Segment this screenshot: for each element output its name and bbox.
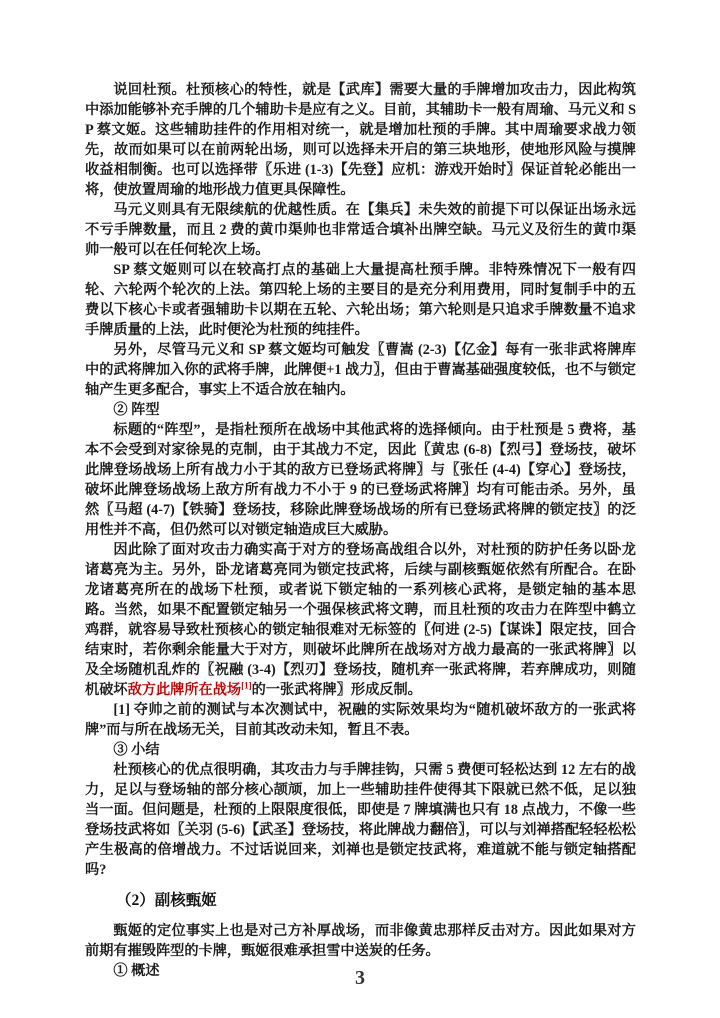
subheading-formation: ② 阵型 — [85, 400, 636, 420]
paragraph-defense: 因此除了面对攻击力确实高于对方的登场高战组合以外，对杜预的防护任务以卧龙诸葛亮为… — [85, 540, 636, 700]
paragraph-footnote: [1] 夺帅之前的测试与本次测试中，祝融的实际效果均为“随机破坏敌方的一张武将牌… — [85, 700, 636, 740]
paragraph-caosong: 另外，尽管马元义和 SP 蔡文姬均可触发〖曹嵩 (2-3)【亿金】每有一张非武将… — [85, 340, 636, 400]
defense-text-after: 的一张武将牌〗形成反制。 — [252, 682, 422, 698]
document-page: 说回杜预。杜预核心的特性，就是【武库】需要大量的手牌增加攻击力，因此构筑中添加能… — [0, 0, 720, 1018]
paragraph-duyu-intro: 说回杜预。杜预核心的特性，就是【武库】需要大量的手牌增加攻击力，因此构筑中添加能… — [85, 80, 636, 200]
section-heading-zhenji: （2）副核甄姬 — [85, 890, 636, 912]
paragraph-sp-caiwenji: SP 蔡文姬则可以在较高打点的基础上大量提高杜预手牌。非特殊情况下一般有四轮、六… — [85, 260, 636, 340]
page-number: 3 — [0, 967, 720, 990]
defense-red-text: 敌方此牌所在战场 — [128, 682, 242, 698]
paragraph-summary: 杜预核心的优点很明确，其攻击力与手牌挂钩，只需 5 费便可轻松达到 12 左右的… — [85, 760, 636, 880]
paragraph-zhenji: 甄姬的定位事实上也是对己方补厚战场，而非像黄忠那样反击对方。因此如果对方前期有摧… — [85, 921, 636, 961]
subheading-summary: ③ 小结 — [85, 740, 636, 760]
paragraph-formation: 标题的“阵型”，是指杜预所在战场中其他武将的选择倾向。由于杜预是 5 费将，基本… — [85, 420, 636, 540]
paragraph-ma-yuanyi: 马元义则具有无限续航的优越性质。在【集兵】未失效的前提下可以保证出场永远不亏手牌… — [85, 200, 636, 260]
footnote-reference-marker: [1] — [241, 680, 252, 690]
defense-text-before: 因此除了面对攻击力确实高于对方的登场高战组合以外，对杜预的防护任务以卧龙诸葛亮为… — [85, 542, 636, 698]
page-content: 说回杜预。杜预核心的特性，就是【武库】需要大量的手牌增加攻击力，因此构筑中添加能… — [85, 80, 636, 981]
